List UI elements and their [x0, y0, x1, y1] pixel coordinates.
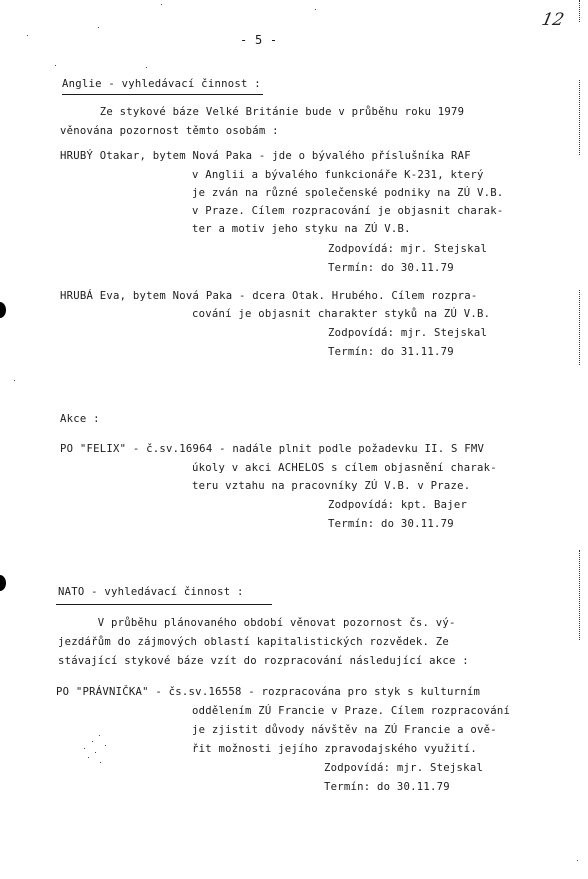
intro-line: V průběhu plánovaného období věnovat poz… — [58, 617, 456, 630]
scan-speck — [55, 65, 56, 66]
intro-line: stávající stykové báze vzít do rozpracov… — [58, 655, 469, 668]
entry-line: v Praze. Cílem rozpracování je objasnit … — [192, 205, 504, 218]
responsible-officer: Zodpovídá: mjr. Stejskal — [328, 243, 487, 256]
punch-hole — [0, 575, 6, 591]
punch-hole — [0, 302, 6, 318]
entry-lead: HRUBÝ Otakar, bytem Nová Paka - jde o bý… — [60, 150, 471, 163]
intro-line: věnována pozornost těmto osobám : — [60, 125, 279, 138]
entry-line: teru vztahu na pracovníky ZÚ V.B. v Praz… — [192, 480, 470, 493]
scan-speck — [84, 748, 85, 749]
intro-line: jezdářům do zájmových oblastí kapitalist… — [58, 636, 449, 649]
scan-edge-line — [579, 550, 581, 640]
entry-lead: PO "PRÁVNIČKA" - čs.sv.16558 - rozpracov… — [56, 686, 480, 699]
scan-speck — [99, 735, 100, 736]
scan-speck — [27, 35, 28, 36]
scan-edge-line — [579, 0, 581, 22]
section-heading: NATO - vyhledávací činnost : — [58, 586, 244, 599]
entry-line: je zjistit důvody návštěv na ZÚ Francie … — [192, 724, 497, 737]
scan-edge-line — [579, 290, 581, 365]
scan-speck — [161, 4, 162, 5]
scan-speck — [95, 752, 96, 753]
entry-line: v Anglii a bývalého funkcionáře K-231, k… — [192, 169, 484, 182]
entry-line: řit možnosti jejího zpravodajského využi… — [192, 743, 477, 756]
heading-underline — [62, 94, 263, 95]
entry-line: cování je objasnit charakter styků na ZÚ… — [192, 308, 490, 321]
scan-speck — [92, 741, 93, 742]
scan-speck — [577, 860, 578, 861]
deadline: Termín: do 30.11.79 — [328, 262, 454, 275]
scan-edge-line — [579, 80, 581, 155]
entry-line: ter a motiv jeho styku na ZÚ V.B. — [192, 223, 411, 236]
scan-speck — [88, 757, 89, 758]
heading-underline — [56, 604, 272, 605]
section-heading: Akce : — [60, 413, 100, 426]
intro-line: Ze stykové báze Velké Británie bude v pr… — [60, 106, 464, 119]
entry-lead: HRUBÁ Eva, bytem Nová Paka - dcera Otak.… — [60, 290, 478, 303]
scan-speck — [146, 67, 147, 68]
responsible-officer: Zodpovídá: mjr. Stejskal — [328, 327, 487, 340]
handwritten-folio-number: 12 — [540, 10, 566, 30]
deadline: Termín: do 31.11.79 — [328, 346, 454, 359]
responsible-officer: Zodpovídá: kpt. Bajer — [328, 499, 467, 512]
entry-line: je zván na různé společenské podniky na … — [192, 187, 504, 200]
section-heading: Anglie - vyhledávací činnost : — [62, 78, 261, 91]
entry-line: úkoly v akci ACHELOS s cílem objasnění c… — [192, 462, 497, 475]
scan-speck — [98, 27, 99, 28]
scan-speck — [105, 745, 106, 746]
deadline: Termín: do 30.11.79 — [324, 781, 450, 794]
scan-speck — [14, 380, 15, 381]
entry-lead: PO "FELIX" - č.sv.16964 - nadále plnit p… — [60, 443, 484, 456]
scan-speck — [100, 762, 101, 763]
page-number: - 5 - — [240, 34, 277, 47]
scan-speck — [315, 9, 316, 10]
entry-line: oddělením ZÚ Francie v Praze. Cílem rozp… — [192, 705, 510, 718]
responsible-officer: Zodpovídá: mjr. Stejskal — [324, 762, 483, 775]
deadline: Termín: do 30.11.79 — [328, 518, 454, 531]
